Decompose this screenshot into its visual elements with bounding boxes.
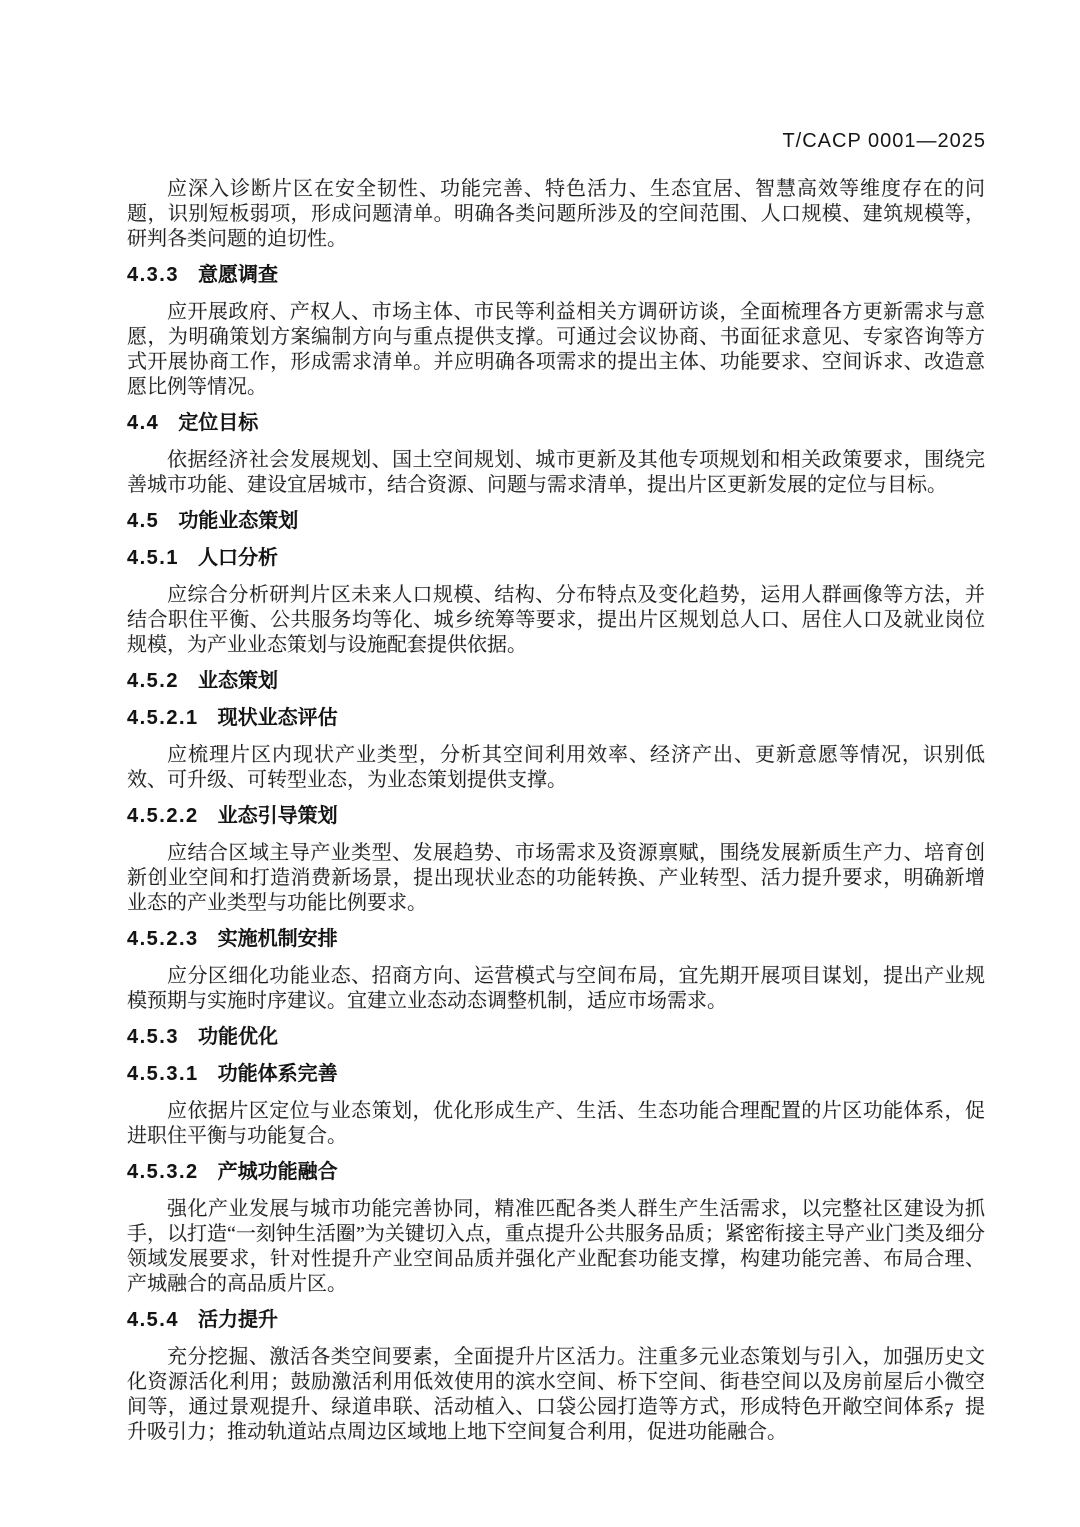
paragraph-function-system: 应依据片区定位与业态策划，优化形成生产、生活、生态功能合理配置的片区功能体系，促… bbox=[127, 1099, 985, 1149]
heading-number: 4.5.2.1 bbox=[127, 706, 199, 731]
heading-number: 4.5.2.3 bbox=[127, 927, 199, 952]
heading-4-5-2: 4.5.2业态策划 bbox=[127, 669, 985, 694]
heading-4-5: 4.5功能业态策划 bbox=[127, 509, 985, 534]
heading-number: 4.5.4 bbox=[127, 1308, 179, 1333]
heading-number: 4.5.3 bbox=[127, 1025, 179, 1050]
page-number: 7 bbox=[944, 1400, 954, 1422]
paragraph-implementation-mechanism: 应分区细化功能业态、招商方向、运营模式与空间布局，宜先期开展项目谋划，提出产业规… bbox=[127, 964, 985, 1014]
heading-number: 4.5.2.2 bbox=[127, 804, 199, 829]
heading-title: 业态策划 bbox=[198, 670, 278, 692]
paragraph-problem-diagnosis: 应深入诊断片区在安全韧性、功能完善、特色活力、生态宜居、智慧高效等维度存在的问题… bbox=[127, 177, 985, 252]
heading-title: 人口分析 bbox=[198, 547, 278, 569]
heading-title: 功能优化 bbox=[198, 1026, 278, 1048]
heading-title: 功能体系完善 bbox=[218, 1063, 338, 1085]
document-body: 应深入诊断片区在安全韧性、功能完善、特色活力、生态宜居、智慧高效等维度存在的问题… bbox=[127, 177, 985, 1445]
heading-number: 4.3.3 bbox=[127, 263, 179, 288]
heading-4-5-4: 4.5.4活力提升 bbox=[127, 1308, 985, 1333]
paragraph-business-guidance-planning: 应结合区域主导产业类型、发展趋势、市场需求及资源禀赋，围绕发展新质生产力、培育创… bbox=[127, 841, 985, 916]
heading-number: 4.5 bbox=[127, 509, 159, 534]
document-page: T/CACP 0001—2025 应深入诊断片区在安全韧性、功能完善、特色活力、… bbox=[0, 0, 1080, 1527]
heading-title: 业态引导策划 bbox=[218, 805, 338, 827]
heading-4-5-3-2: 4.5.3.2产城功能融合 bbox=[127, 1160, 985, 1185]
paragraph-current-business-assessment: 应梳理片区内现状产业类型，分析其空间利用效率、经济产出、更新意愿等情况，识别低效… bbox=[127, 743, 985, 793]
heading-number: 4.5.1 bbox=[127, 546, 179, 571]
heading-number: 4.5.2 bbox=[127, 669, 179, 694]
heading-title: 实施机制安排 bbox=[218, 928, 338, 950]
paragraph-industry-city-integration: 强化产业发展与城市功能完善协同，精准匹配各类人群生产生活需求，以完整社区建设为抓… bbox=[127, 1197, 985, 1297]
heading-title: 定位目标 bbox=[178, 412, 258, 434]
heading-title: 现状业态评估 bbox=[218, 707, 338, 729]
standard-code: T/CACP 0001—2025 bbox=[782, 130, 986, 153]
heading-number: 4.5.3.1 bbox=[127, 1062, 199, 1087]
paragraph-vitality-enhancement: 充分挖掘、激活各类空间要素，全面提升片区活力。注重多元业态策划与引入，加强历史文… bbox=[127, 1345, 985, 1445]
heading-number: 4.5.3.2 bbox=[127, 1160, 199, 1185]
heading-title: 产城功能融合 bbox=[218, 1161, 338, 1183]
heading-4-5-2-1: 4.5.2.1现状业态评估 bbox=[127, 706, 985, 731]
paragraph-willingness-survey: 应开展政府、产权人、市场主体、市民等利益相关方调研访谈，全面梳理各方更新需求与意… bbox=[127, 300, 985, 400]
heading-4-3-3: 4.3.3意愿调查 bbox=[127, 263, 985, 288]
heading-4-4: 4.4定位目标 bbox=[127, 411, 985, 436]
heading-4-5-2-3: 4.5.2.3实施机制安排 bbox=[127, 927, 985, 952]
heading-4-5-3-1: 4.5.3.1功能体系完善 bbox=[127, 1062, 985, 1087]
heading-title: 活力提升 bbox=[198, 1309, 278, 1331]
heading-title: 功能业态策划 bbox=[178, 510, 298, 532]
heading-4-5-1: 4.5.1人口分析 bbox=[127, 546, 985, 571]
heading-4-5-2-2: 4.5.2.2业态引导策划 bbox=[127, 804, 985, 829]
paragraph-positioning-goals: 依据经济社会发展规划、国土空间规划、城市更新及其他专项规划和相关政策要求，围绕完… bbox=[127, 448, 985, 498]
heading-title: 意愿调查 bbox=[198, 264, 278, 286]
heading-4-5-3: 4.5.3功能优化 bbox=[127, 1025, 985, 1050]
paragraph-population-analysis: 应综合分析研判片区未来人口规模、结构、分布特点及变化趋势，运用人群画像等方法，并… bbox=[127, 583, 985, 658]
heading-number: 4.4 bbox=[127, 411, 159, 436]
